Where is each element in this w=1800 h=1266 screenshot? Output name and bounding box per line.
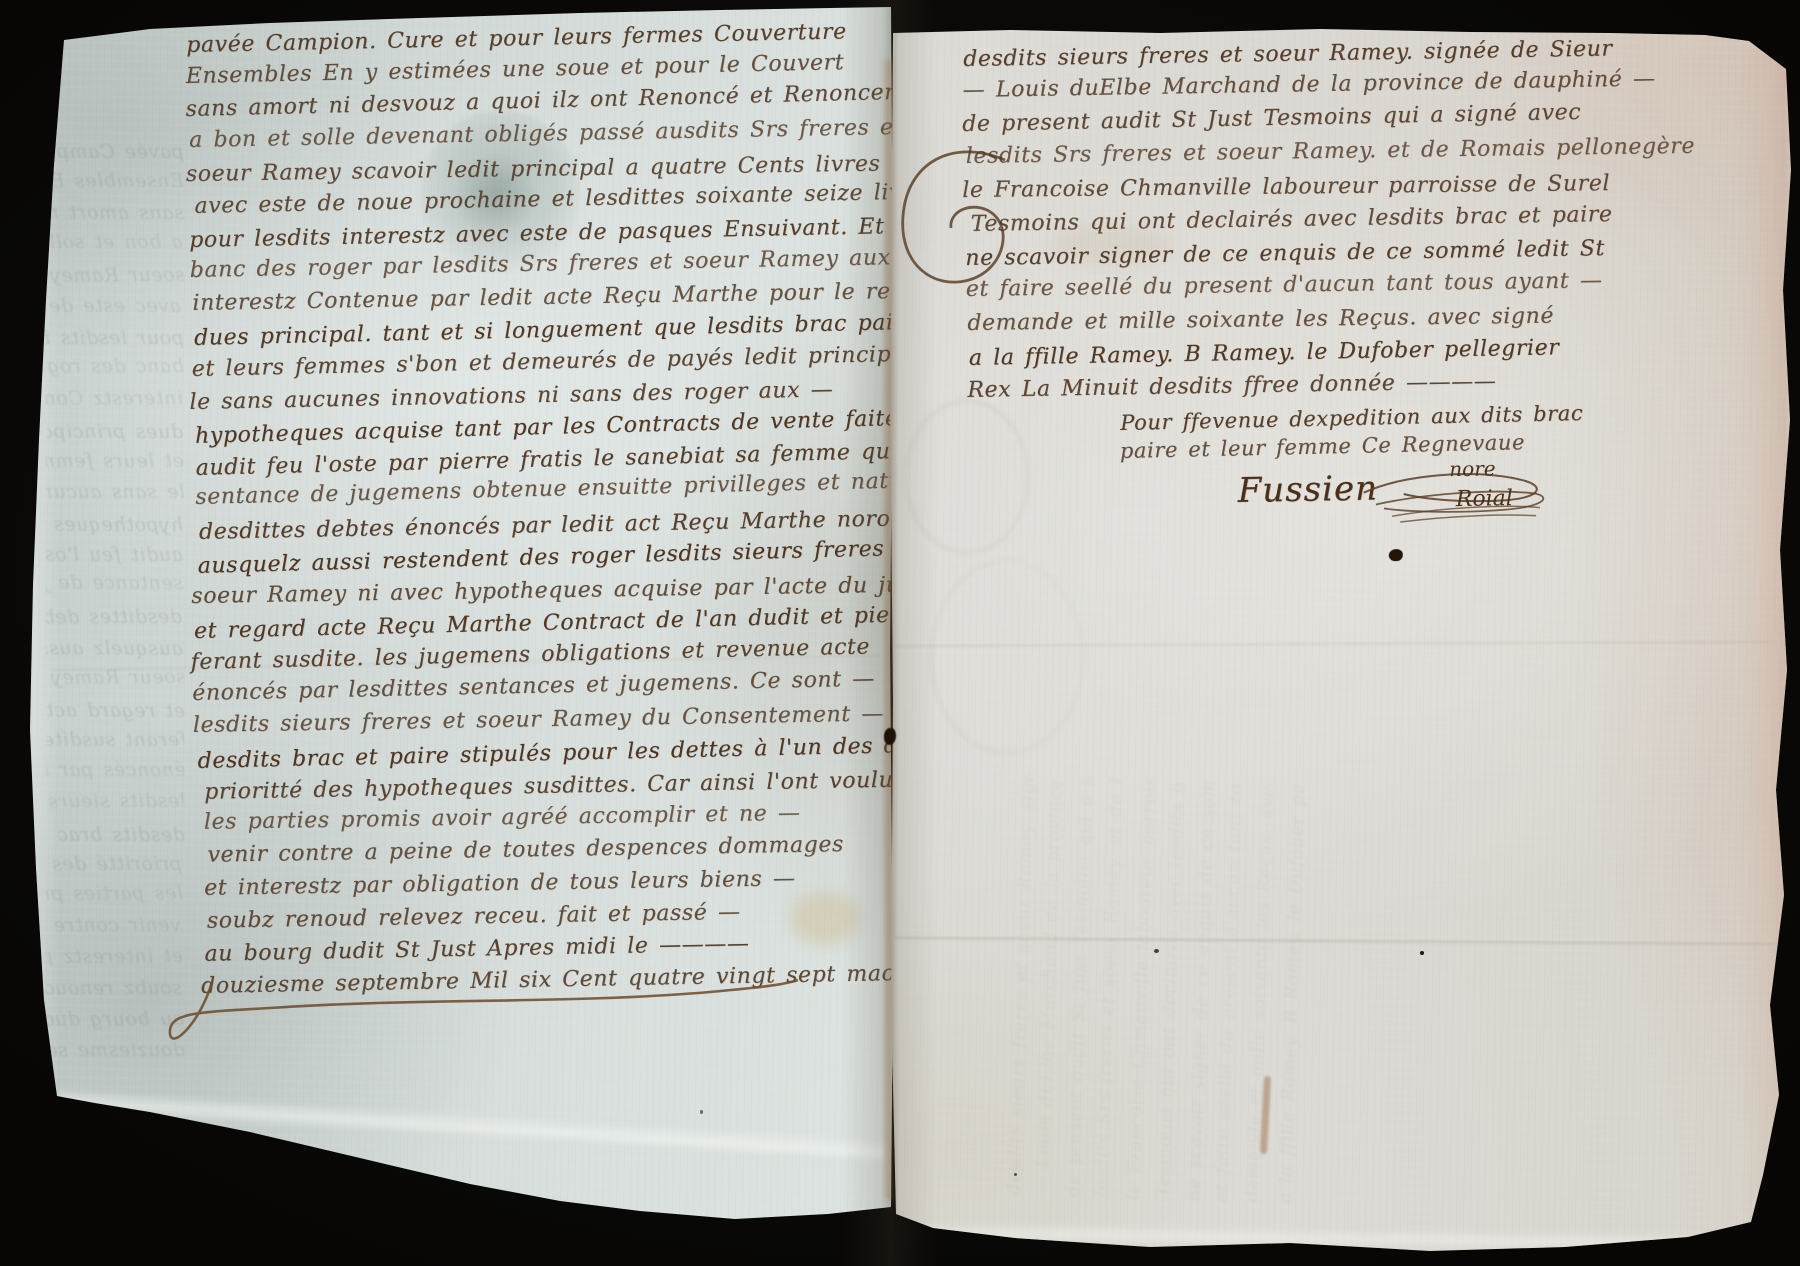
ink-speck: [1420, 951, 1424, 955]
manuscript-line: desdits sieurs freres et soeur Ramey. si…: [963, 36, 1613, 72]
manuscript-line: hypotheques acquise tant par les Contrac…: [46, 511, 183, 536]
manuscript-line: a bon et solle devenant obligés passé au…: [189, 114, 903, 152]
ink-blot: [1389, 549, 1403, 561]
watermark-ghost: [930, 560, 1084, 754]
manuscript-line: lesdits sieurs freres et soeur Ramey du …: [193, 702, 884, 738]
notary-title-line2: Roial: [1456, 486, 1513, 512]
notary-signature-block: Fussien nore Roial: [1237, 447, 1569, 573]
manuscript-line: dues principal. tant et si longuement qu…: [46, 419, 183, 442]
manuscript-line: interestz Contenue par ledit acte Reçu M…: [192, 278, 945, 316]
bleed-through-text: pavée Campion. Cure et pour leurs fermes…: [46, 140, 184, 1100]
manuscript-line: avec este de noue prochaine et lesdittes…: [46, 295, 181, 317]
bleed-through-text: desdits sieurs freres et soeur Ramey. si…: [1003, 775, 1317, 1205]
manuscript-line: venir contre a peine de toutes despences…: [46, 914, 181, 938]
manuscript-line: demande et mille soixante les Reçus. ave…: [1242, 775, 1282, 1203]
manuscript-line: Tesmoins qui ont declairés avec lesdits …: [970, 202, 1612, 237]
manuscript-line: a la ffille Ramey. B Ramey. le Dufober p…: [969, 336, 1560, 372]
ink-speck: [700, 1110, 703, 1114]
manuscript-line: desdittes debtes énoncés par ledit act R…: [46, 606, 182, 629]
manuscript-line: et leurs femmes s'bon et demeurés de pay…: [46, 450, 184, 473]
manuscript-line: desdits brac et paire stipulés pour les …: [46, 823, 184, 846]
manuscript-line: soeur Ramey ni avec hypotheques acquise …: [46, 666, 184, 691]
manuscript-line: soubz renoud relevez receu. fait et pass…: [46, 977, 182, 1001]
manuscript-line: a bon et solle devenant obligés passé au…: [46, 231, 183, 254]
manuscript-line: sentance de jugemens obtenue ensuitte pr…: [46, 570, 184, 594]
manuscript-line: ferant susdite. les jugemens obligations…: [46, 728, 184, 752]
manuscript-line: pavée Campion. Cure et pour leurs fermes…: [46, 141, 184, 163]
manuscript-line: ne scavoir signer de ce enquis de ce som…: [965, 236, 1605, 271]
manuscript-line: le sans aucunes innovations ni sans des …: [189, 377, 833, 415]
manuscript-line: Ensembles En y estimées une soue et pour…: [46, 170, 184, 193]
center-fold-brown-tint: [884, 60, 893, 1200]
manuscript-line: sans amort ni desvouz a quoi ilz ont Ren…: [46, 200, 184, 224]
manuscript-line: avec este de noue prochaine et lesdittes…: [195, 179, 940, 219]
left-page-text-block: pavée Campion. Cure et pour leurs fermes…: [185, 18, 915, 1052]
manuscript-line: énoncés par lesdittes sentances et jugem…: [46, 758, 184, 781]
manuscript-line: et regard acte Reçu Marthe Contract de l…: [46, 698, 184, 722]
manuscript-line: prioritté des hypotheques susdittes. Car…: [46, 853, 182, 877]
manuscript-line: et interestz par obligation de tous leur…: [204, 866, 796, 901]
manuscript-line: Rex La Minuit desdits ffree donnée ————: [967, 369, 1496, 403]
manuscript-line: soeur Ramey scavoir ledit principal a qu…: [46, 264, 184, 289]
page-edge-pink-tint: [1742, 50, 1788, 1230]
manuscript-line: au bourg dudit St Just Apres midi le ———…: [204, 932, 749, 967]
manuscript-line: le sans aucunes innovations ni sans des …: [46, 481, 184, 503]
manuscript-line: audit feu l'oste par pierre fratis le sa…: [46, 542, 183, 567]
manuscript-line: — Louis duElbe Marchand de la province d…: [963, 67, 1656, 104]
manuscript-line: et interestz par obligation de tous leur…: [46, 945, 183, 969]
deckled-edge-highlight: [900, 1222, 1750, 1254]
manuscript-line: de present audit St Just Tesmoins qui a …: [962, 100, 1581, 137]
manuscript-line: soubz renoud relevez receu. fait et pass…: [207, 900, 741, 934]
photograph-of-manuscript: pavée Campion. Cure et pour leurs fermes…: [0, 0, 1800, 1266]
manuscript-line: douziesme septembre Mil six Cent quatre …: [201, 961, 910, 999]
manuscript-line: douziesme septembre Mil six Cent quatre …: [46, 1039, 184, 1062]
manuscript-line: a la ffille Ramey. B Ramey. le Dufober p…: [1274, 775, 1311, 1204]
manuscript-line: interestz Contenue par ledit acte Reçu M…: [46, 387, 183, 411]
manuscript-line: et faire seellé du present d'aucun tant …: [965, 268, 1602, 302]
manuscript-line: les parties promis avoir agréé accomplir…: [204, 801, 801, 835]
manuscript-line: pour lesdits interestz avec este de pasq…: [46, 327, 184, 349]
manuscript-line: les parties promis avoir agréé accomplir…: [46, 882, 183, 907]
manuscript-line: soeur Ramey scavoir ledit principal a qu…: [185, 151, 880, 186]
manuscript-line: desdits brac et paire stipulés pour les …: [197, 733, 927, 774]
manuscript-line: venir contre a peine de toutes despences…: [207, 833, 844, 869]
manuscript-line: prioritté des hypotheques susdittes. Car…: [204, 768, 893, 805]
notary-title-line1: nore: [1449, 456, 1496, 481]
manuscript-line: lesdits sieurs freres et soeur Ramey du …: [46, 790, 184, 814]
manuscript-line: le Francoise Chmanville laboureur parroi…: [962, 171, 1610, 203]
manuscript-line: demande et mille soixante les Reçus. ave…: [968, 303, 1555, 335]
manuscript-line: ausquelz aussi restendent des roger lesd…: [46, 635, 183, 660]
manuscript-line: banc des roger par lesdits Srs freres et…: [46, 355, 184, 378]
manuscript-line: lesdits Srs freres et soeur Ramey. et de…: [965, 133, 1695, 168]
notary-signature-name: Fussien: [1237, 468, 1378, 510]
manuscript-line: au bourg dudit St Just Apres midi le ———…: [46, 1008, 184, 1030]
